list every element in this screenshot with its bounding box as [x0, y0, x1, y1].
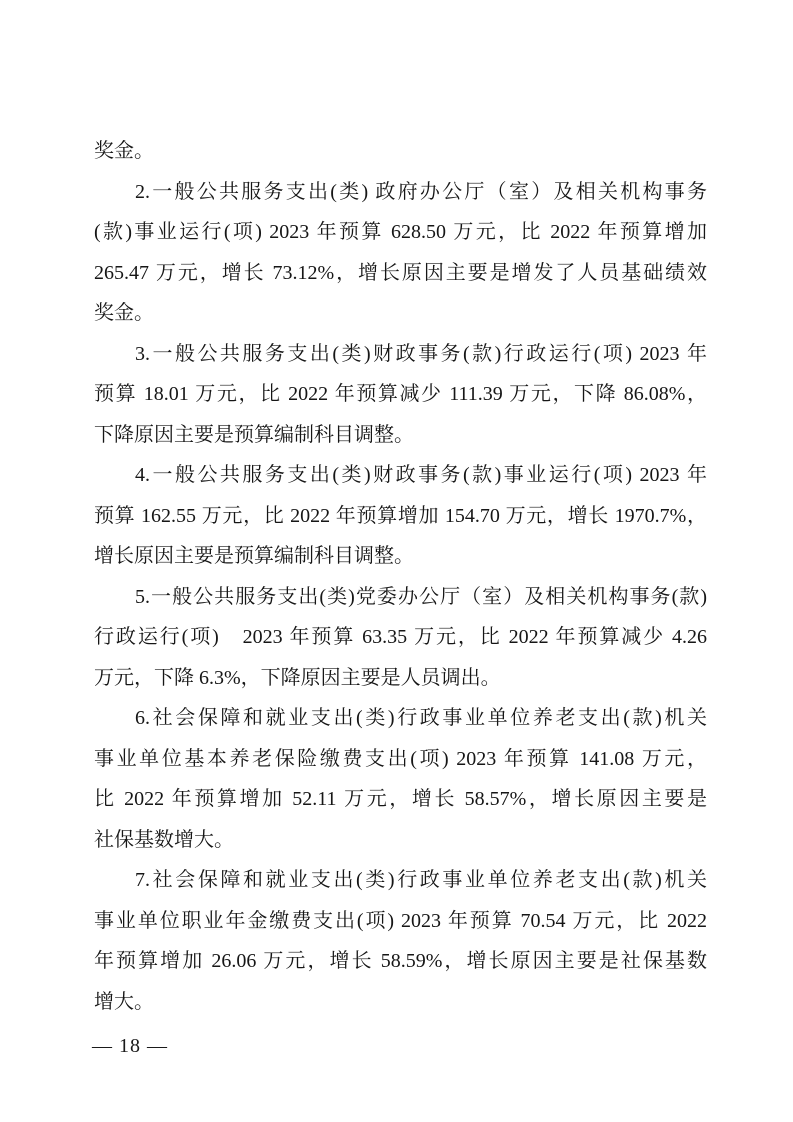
text-line: 265.47 万元，增长 73.12%，增长原因主要是增发了人员基础绩效: [94, 253, 707, 294]
paragraph-continuation: 奖金。: [94, 131, 707, 172]
text-line: 社保基数增大。: [94, 820, 707, 861]
text-line: 3.一般公共服务支出(类)财政事务(款)行政运行(项) 2023 年: [94, 334, 707, 375]
text-line: 事业单位基本养老保险缴费支出(项) 2023 年预算 141.08 万元，: [94, 739, 707, 780]
text-line: 比 2022 年预算增加 52.11 万元，增长 58.57%，增长原因主要是: [94, 779, 707, 820]
text-line: 预算 162.55 万元，比 2022 年预算增加 154.70 万元，增长 1…: [94, 496, 707, 537]
document-body: 奖金。 2.一般公共服务支出(类) 政府办公厅（室）及相关机构事务 (款)事业运…: [94, 131, 707, 1022]
paragraph-item-4: 4.一般公共服务支出(类)财政事务(款)事业运行(项) 2023 年 预算 16…: [94, 455, 707, 577]
text-line: (款)事业运行(项) 2023 年预算 628.50 万元，比 2022 年预算…: [94, 212, 707, 253]
text-line: 6.社会保障和就业支出(类)行政事业单位养老支出(款)机关: [94, 698, 707, 739]
text-line: 下降原因主要是预算编制科目调整。: [94, 415, 707, 456]
text-line: 行政运行(项) 2023 年预算 63.35 万元，比 2022 年预算减少 4…: [94, 617, 707, 658]
text-line: 奖金。: [94, 293, 707, 334]
text-line: 事业单位职业年金缴费支出(项) 2023 年预算 70.54 万元，比 2022: [94, 901, 707, 942]
text-line: 奖金。: [94, 131, 707, 172]
text-line: 万元，下降 6.3%，下降原因主要是人员调出。: [94, 658, 707, 699]
text-line: 增大。: [94, 982, 707, 1023]
text-line: 增长原因主要是预算编制科目调整。: [94, 536, 707, 577]
text-line: 年预算增加 26.06 万元，增长 58.59%，增长原因主要是社保基数: [94, 941, 707, 982]
text-line: 7.社会保障和就业支出(类)行政事业单位养老支出(款)机关: [94, 860, 707, 901]
text-line: 4.一般公共服务支出(类)财政事务(款)事业运行(项) 2023 年: [94, 455, 707, 496]
text-line: 5.一般公共服务支出(类)党委办公厅（室）及相关机构事务(款): [94, 577, 707, 618]
paragraph-item-5: 5.一般公共服务支出(类)党委办公厅（室）及相关机构事务(款) 行政运行(项) …: [94, 577, 707, 699]
paragraph-item-6: 6.社会保障和就业支出(类)行政事业单位养老支出(款)机关 事业单位基本养老保险…: [94, 698, 707, 860]
paragraph-item-3: 3.一般公共服务支出(类)财政事务(款)行政运行(项) 2023 年 预算 18…: [94, 334, 707, 456]
text-line: 2.一般公共服务支出(类) 政府办公厅（室）及相关机构事务: [94, 172, 707, 213]
paragraph-item-7: 7.社会保障和就业支出(类)行政事业单位养老支出(款)机关 事业单位职业年金缴费…: [94, 860, 707, 1022]
page-number: — 18 —: [92, 1032, 168, 1060]
paragraph-item-2: 2.一般公共服务支出(类) 政府办公厅（室）及相关机构事务 (款)事业运行(项)…: [94, 172, 707, 334]
text-line: 预算 18.01 万元，比 2022 年预算减少 111.39 万元，下降 86…: [94, 374, 707, 415]
document-page: 奖金。 2.一般公共服务支出(类) 政府办公厅（室）及相关机构事务 (款)事业运…: [0, 0, 793, 1122]
